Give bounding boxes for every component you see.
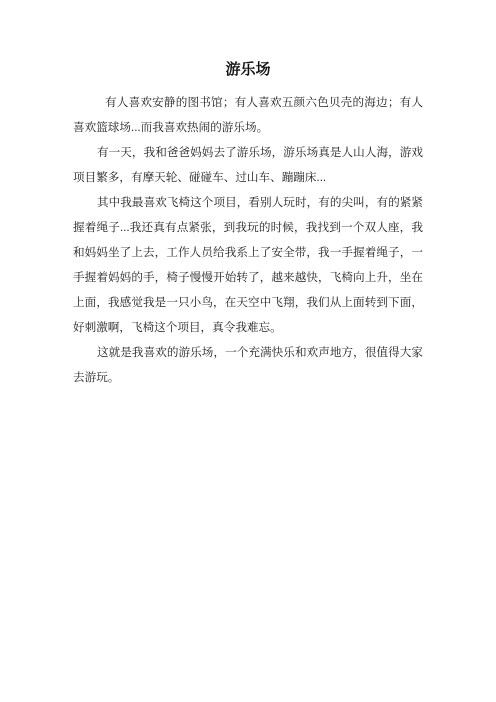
- document-page: 游乐场 有人喜欢安静的图书馆；有人喜欢五颜六色贝壳的海边；有人喜欢篮球场...而…: [0, 0, 496, 702]
- paragraph: 其中我最喜欢飞椅这个项目，看别人玩时，有的尖叫，有的紧紧握着绳子...我还真有点…: [73, 190, 423, 340]
- paragraph: 这就是我喜欢的游乐场，一个充满快乐和欢声地方，很值得大家去游玩。: [73, 340, 423, 390]
- paragraph: 有人喜欢安静的图书馆；有人喜欢五颜六色贝壳的海边；有人喜欢篮球场...而我喜欢热…: [73, 90, 423, 140]
- document-title: 游乐场: [73, 59, 423, 81]
- paragraph: 有一天，我和爸爸妈妈去了游乐场，游乐场真是人山人海，游戏项目繁多，有摩天轮、碰碰…: [73, 140, 423, 190]
